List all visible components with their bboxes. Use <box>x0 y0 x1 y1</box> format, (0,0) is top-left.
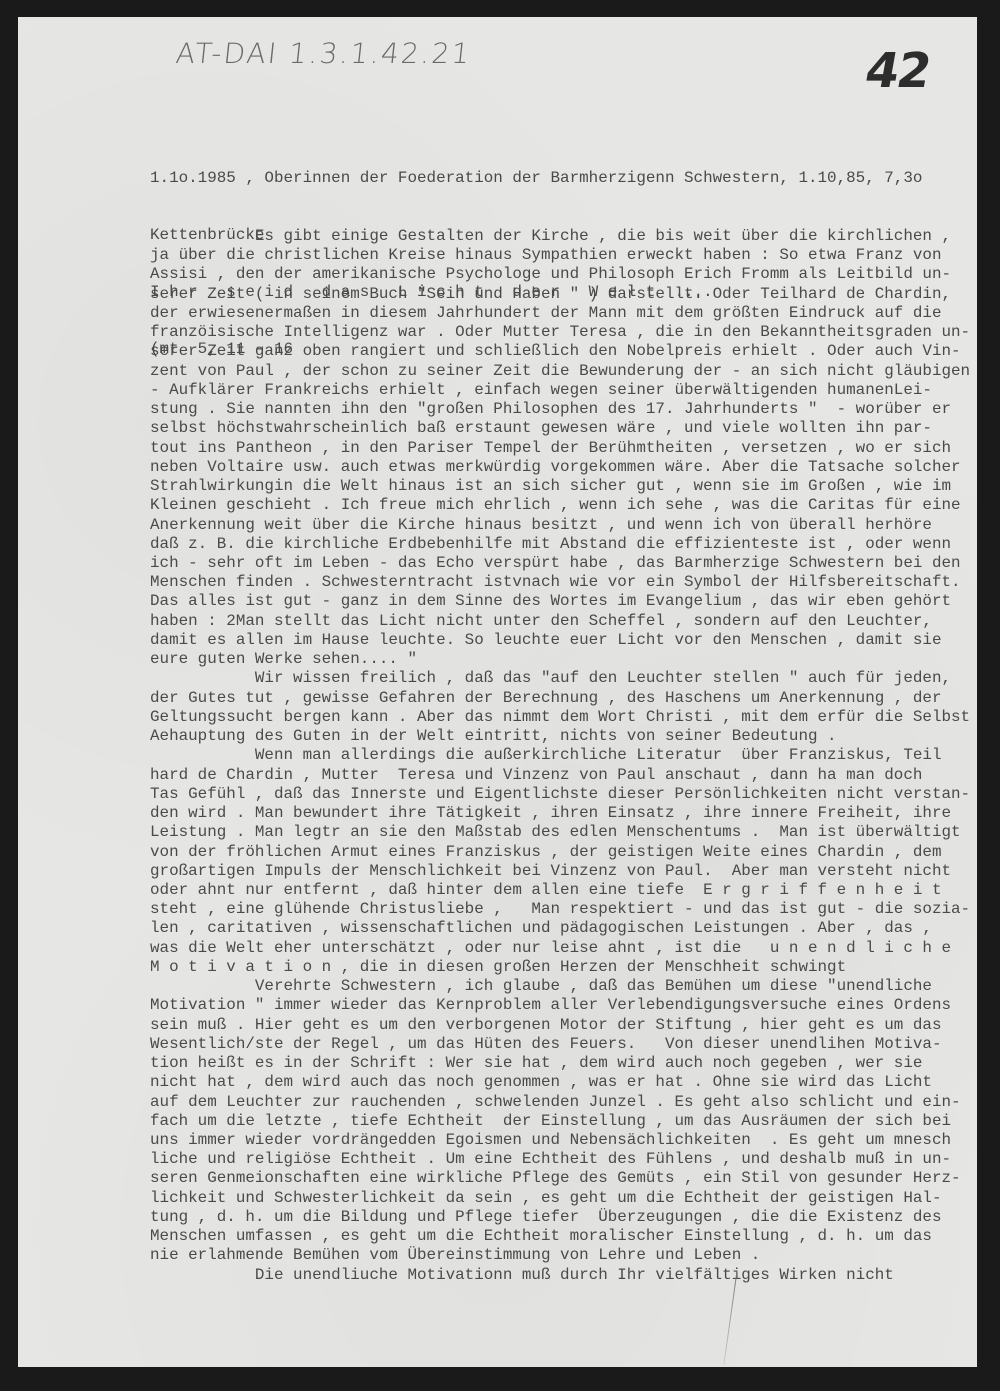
body-text-line: eure guten Werke sehen.... " <box>150 650 970 669</box>
body-text-line: Leistung . Man legtr an sie den Maßstab … <box>150 823 970 842</box>
body-text-line: ja über die christlichen Kreise hinaus S… <box>150 246 970 265</box>
body-text-line: Verehrte Schwestern , ich glaube , daß d… <box>150 977 970 996</box>
body-text-line: Wir wissen freilich , daß das "auf den L… <box>150 669 970 688</box>
body-text-line: Assisi , den der amerikanische Psycholog… <box>150 265 970 284</box>
body-text-line: - Aufklärer Frankreichs erhielt , einfac… <box>150 381 970 400</box>
body-text-line: hard de Chardin , Mutter Teresa und Vinz… <box>150 766 970 785</box>
body-text-line: serer Zeit ganz oben rangiert und schlie… <box>150 342 970 361</box>
body-text-line: Wenn man allerdings die außerkirchliche … <box>150 746 970 765</box>
body-text-line: auf dem Leuchter zur rauchenden , schwel… <box>150 1093 970 1112</box>
body-text-line: steht , eine glühende Christusliebe , Ma… <box>150 900 970 919</box>
body-text-line: Es gibt einige Gestalten der Kirche , di… <box>150 227 970 246</box>
body-text-line: zent von Paul , der schon zu seiner Zeit… <box>150 362 970 381</box>
body-text-line: Kleinen geschieht . Ich freue mich ehrli… <box>150 496 970 515</box>
body-text-line: Die unendliuche Motivationn muß durch Ih… <box>150 1266 970 1285</box>
body-text-line: Aehauptung des Guten in der Welt eintrit… <box>150 727 970 746</box>
body-text-line: oder ahnt nur entfernt , daß hinter dem … <box>150 881 970 900</box>
body-text-line: sein muß . Hier geht es um den verborgen… <box>150 1016 970 1035</box>
archive-reference-handwritten: AT-DAI 1.3.1.42.21 <box>174 37 473 70</box>
body-text-line: serer Zeit ( in seinem Buch "Sein und Ha… <box>150 285 970 304</box>
body-text-line: Anerkennung weit über die Kirche hinaus … <box>150 516 970 535</box>
page-number-handwritten: 42 <box>861 43 934 99</box>
body-text-line: Geltungssucht bergen kann . Aber das nim… <box>150 708 970 727</box>
body-text-line: der Gutes tut , gewisse Gefahren der Ber… <box>150 689 970 708</box>
header-date-line: 1.1o.1985 , Oberinnen der Foederation de… <box>150 169 922 188</box>
body-text-line: tung , d. h. um die Bildung und Pflege t… <box>150 1208 970 1227</box>
body-text-line: Menschen umfassen , es geht um die Echth… <box>150 1227 970 1246</box>
body-text-line: len , caritativen , wissenschaftlichen u… <box>150 919 970 938</box>
body-text-line: seren Genmeionschaften eine wirkliche Pf… <box>150 1169 970 1188</box>
body-text-line: damit es allen im Hause leuchte. So leuc… <box>150 631 970 650</box>
body-text-line: den wird . Man bewundert ihre Tätigkeit … <box>150 804 970 823</box>
body-text-line: Motivation " immer wieder das Kernproble… <box>150 996 970 1015</box>
body-text-line: großartigen Impuls der Menschlichkeit be… <box>150 862 970 881</box>
body-text-line: tout ins Pantheon , in den Pariser Tempe… <box>150 439 970 458</box>
body-text-line: nicht hat , dem wird auch das noch genom… <box>150 1073 970 1092</box>
body-text-line: der erwiesenermaßen in diesem Jahrhunder… <box>150 304 970 323</box>
body-text-line: ich - sehr oft im Leben - das Echo versp… <box>150 554 970 573</box>
body-text-line: Wesentlich/ste der Regel , um das Hüten … <box>150 1035 970 1054</box>
body-text-line: M o t i v a t i o n , die in diesen groß… <box>150 958 970 977</box>
body-text-line: von der fröhlichen Armut eines Franzisku… <box>150 843 970 862</box>
body-text-line: selbst höchstwahrscheinlich baß erstaunt… <box>150 419 970 438</box>
body-text-line: Das alles ist gut - ganz in dem Sinne de… <box>150 592 970 611</box>
body-text-line: was die Welt eher unterschätzt , oder nu… <box>150 939 970 958</box>
body-text-line: Strahlwirkungin die Welt hinaus ist an s… <box>150 477 970 496</box>
sermon-body: Es gibt einige Gestalten der Kirche , di… <box>150 227 970 1285</box>
body-text-line: nie erlahmende Bemühen vom Übereinstimmu… <box>150 1246 970 1265</box>
body-text-line: franzöisische Intelligenz war . Oder Mut… <box>150 323 970 342</box>
body-text-line: haben : 2Man stellt das Licht nicht unte… <box>150 612 970 631</box>
body-text-line: Tas Gefühl , daß das Innerste und Eigent… <box>150 785 970 804</box>
body-text-line: lichkeit und Schwesterlichkeit da sein ,… <box>150 1189 970 1208</box>
body-text-line: tion heißt es in der Schrift : Wer sie h… <box>150 1054 970 1073</box>
body-text-line: fach um die letzte , tiefe Echtheit der … <box>150 1112 970 1131</box>
body-text-line: daß z. B. die kirchliche Erdbebenhilfe m… <box>150 535 970 554</box>
body-text-line: stung . Sie nannten ihn den "großen Phil… <box>150 400 970 419</box>
body-text-line: liche und religiöse Echtheit . Um eine E… <box>150 1150 970 1169</box>
body-text-line: neben Voltaire usw. auch etwas merkwürdi… <box>150 458 970 477</box>
body-text-line: uns immer wieder vordrängedden Egoismen … <box>150 1131 970 1150</box>
body-text-line: Menschen finden . Schwesterntracht istvn… <box>150 573 970 592</box>
